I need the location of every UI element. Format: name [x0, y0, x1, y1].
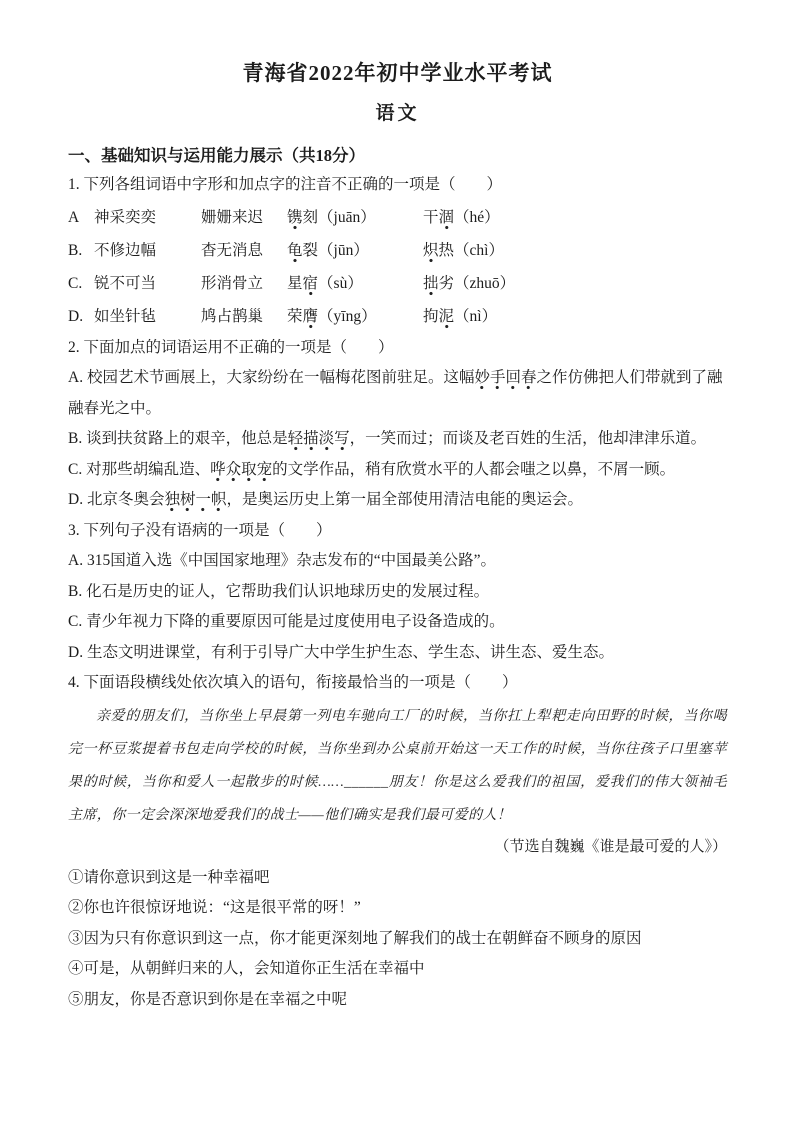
section-heading: 一、基础知识与运用能力展示（共18分） [68, 142, 727, 170]
q1-option-b-word-2: 杳无消息 [201, 234, 287, 267]
q2-option-b: B. 谈到扶贫路上的艰辛，他总是轻描淡写，一笑而过；而谈及老百姓的生活，他却津津… [68, 424, 727, 455]
q3-stem: 3. 下列句子没有语病的一项是（ ） [68, 516, 727, 547]
q4-sentence-3: ③因为只有你意识到这一点，你才能更深刻地了解我们的战士在朝鲜奋不顾身的原因 [68, 924, 727, 955]
q2-option-d: D. 北京冬奥会独树一帜，是奥运历史上第一届全部使用清洁电能的奥运会。 [68, 485, 727, 516]
q4-stem: 4. 下面语段横线处依次填入的语句，衔接最恰当的一项是（ ） [68, 668, 727, 699]
q1-option-d-word-2: 鸠占鹊巢 [201, 300, 287, 333]
q1-stem: 1. 下列各组词语中字形和加点字的注音不正确的一项是（ ） [68, 170, 727, 201]
page-subject: 语文 [68, 100, 727, 128]
q1-option-a-word-1: 神采奕奕 [94, 201, 201, 234]
q1-option-d-word-1: 如坐针毡 [94, 300, 201, 333]
q1-option-a-word-4: 干涸（hé） [423, 201, 727, 234]
q4-sentence-1: ①请你意识到这是一种幸福吧 [68, 863, 727, 894]
q1-option-b-word-1: 不修边幅 [94, 234, 201, 267]
page-title: 青海省2022年初中学业水平考试 [68, 58, 727, 88]
q1-option-d: D. 如坐针毡 鸠占鹊巢 荣膺（yīng） 拘泥（nì） [68, 300, 727, 333]
q2-stem: 2. 下面加点的词语运用不正确的一项是（ ） [68, 333, 727, 364]
q1-option-c-word-1: 锐不可当 [94, 267, 201, 300]
q1-option-c-label: C. [68, 267, 94, 300]
q4-passage: 亲爱的朋友们，当你坐上早晨第一列电车驰向工厂的时候，当你扛上犁耙走向田野的时候，… [68, 700, 727, 832]
q3-option-d: D. 生态文明进课堂，有利于引导广大中学生护生态、学生态、讲生态、爱生态。 [68, 638, 727, 669]
q1-option-d-word-3: 荣膺（yīng） [287, 300, 423, 333]
q1-option-c-word-3: 星宿（sù） [287, 267, 423, 300]
q1-option-c: C. 锐不可当 形消骨立 星宿（sù） 拙劣（zhuō） [68, 267, 727, 300]
q1-option-b-word-3: 龟裂（jūn） [287, 234, 423, 267]
q4-sentence-4: ④可是，从朝鲜归来的人，会知道你正生活在幸福中 [68, 954, 727, 985]
q1-option-c-word-4: 拙劣（zhuō） [423, 267, 727, 300]
q3-option-c: C. 青少年视力下降的重要原因可能是过度使用电子设备造成的。 [68, 607, 727, 638]
q1-option-a-word-2: 姗姗来迟 [201, 201, 287, 234]
q2-option-a: A. 校园艺术节画展上，大家纷纷在一幅梅花图前驻足。这幅妙手回春之作仿佛把人们带… [68, 363, 727, 424]
exam-paper-page: 青海省2022年初中学业水平考试 语文 一、基础知识与运用能力展示（共18分） … [0, 0, 793, 1015]
q1-option-c-word-2: 形消骨立 [201, 267, 287, 300]
q1-option-a-word-3: 镌刻（juān） [287, 201, 423, 234]
q2-option-c: C. 对那些胡编乱造、哗众取宠的文学作品，稍有欣赏水平的人都会嗤之以鼻，不屑一顾… [68, 455, 727, 486]
q4-sentence-5: ⑤朋友，你是否意识到你是在幸福之中呢 [68, 985, 727, 1016]
q1-option-b: B. 不修边幅 杳无消息 龟裂（jūn） 炽热（chì） [68, 234, 727, 267]
q1-option-d-word-4: 拘泥（nì） [423, 300, 727, 333]
q3-option-a: A. 315国道入选《中国国家地理》杂志发布的“中国最美公路”。 [68, 546, 727, 577]
q1-option-d-label: D. [68, 300, 94, 333]
q1-option-a-label: A [68, 201, 94, 234]
q1-option-b-word-4: 炽热（chì） [423, 234, 727, 267]
q1-option-a: A 神采奕奕 姗姗来迟 镌刻（juān） 干涸（hé） [68, 201, 727, 234]
q3-option-b: B. 化石是历史的证人，它帮助我们认识地球历史的发展过程。 [68, 577, 727, 608]
q4-sentence-2: ②你也许很惊讶地说：“这是很平常的呀！” [68, 893, 727, 924]
q1-option-b-label: B. [68, 234, 94, 267]
q4-passage-attribution: （节选自魏巍《谁是最可爱的人》） [68, 832, 727, 863]
